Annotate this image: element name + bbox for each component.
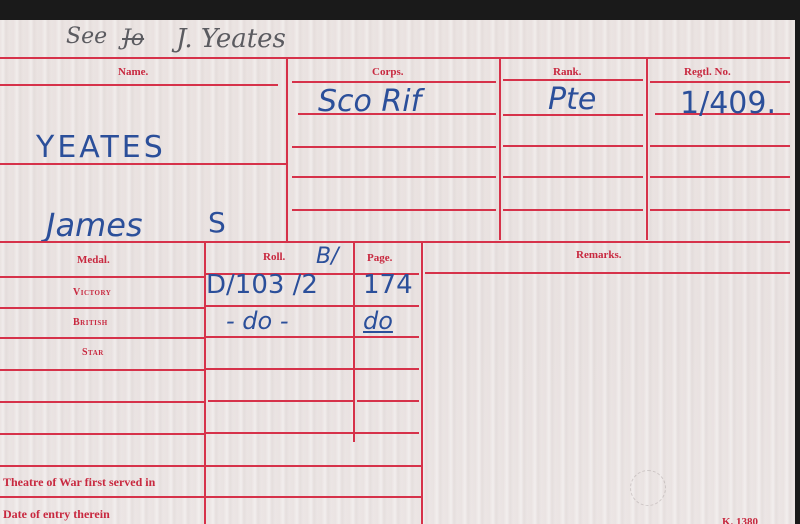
rule-theatre-top	[0, 465, 421, 467]
rule-roll-5	[208, 400, 353, 402]
rule-roll-6	[206, 432, 353, 434]
divider-roll-page	[353, 242, 355, 442]
remarks-header: Remarks.	[576, 249, 622, 261]
rule-regtl-5	[650, 209, 790, 211]
regtl-no-value: 1/409.	[680, 86, 776, 121]
faint-stamp-mark	[630, 470, 666, 506]
rule-remarks	[425, 272, 790, 274]
rule-roll-3	[206, 336, 353, 338]
rule-regtl-1	[650, 81, 790, 83]
roll-header: Roll.	[263, 251, 285, 263]
rule-page-6	[355, 432, 419, 434]
surname-value: YEATES	[36, 130, 166, 165]
page-header: Page.	[367, 252, 392, 264]
medal-british-label: British	[73, 317, 108, 328]
rule-mid	[0, 241, 790, 243]
rule-top	[0, 57, 790, 59]
victory-roll-value: D/103 /2	[206, 270, 318, 300]
rule-roll-4	[206, 368, 353, 370]
rule-rank-4	[503, 176, 643, 178]
rule-medal-4	[0, 369, 204, 371]
rule-medal-6	[0, 433, 204, 435]
victory-page-value: 174	[363, 270, 413, 300]
rank-value: Pte	[548, 82, 596, 117]
divider-name-corps	[286, 58, 288, 242]
corps-value: Sco Rif	[318, 84, 421, 119]
medal-victory-label: Victory	[73, 287, 111, 298]
divider-page-remarks	[421, 242, 423, 524]
british-page-value: do	[363, 307, 393, 335]
rule-page-5	[357, 400, 419, 402]
divider-rank-regtl	[646, 58, 648, 240]
rule-rank-3	[503, 145, 643, 147]
cross-reference-prefix: See	[66, 24, 107, 49]
initial-value: S	[208, 206, 226, 239]
rule-medal-2	[0, 307, 204, 309]
rule-medal-3	[0, 337, 204, 339]
corps-header: Corps.	[372, 66, 403, 78]
rule-page-4	[355, 368, 419, 370]
rule-corps-3	[292, 146, 496, 148]
rule-medal-5	[0, 401, 204, 403]
theatre-label: Theatre of War first served in	[3, 475, 155, 490]
rule-name	[0, 84, 278, 86]
medal-star-label: Star	[82, 347, 104, 358]
rule-corps-4	[292, 176, 496, 178]
victory-roll-fraction: B/	[316, 244, 339, 269]
date-entry-label: Date of entry therein	[3, 507, 110, 522]
rule-corps-5	[292, 209, 496, 211]
rule-regtl-4	[650, 176, 790, 178]
rank-header: Rank.	[553, 66, 581, 78]
cross-reference-name: J. Yeates	[176, 24, 286, 54]
medal-header: Medal.	[77, 254, 110, 266]
form-number: K. 1380	[722, 516, 758, 524]
medal-index-card: See Jo J. Yeates Name. Corps. Rank. Regt…	[0, 20, 795, 524]
british-roll-value: - do -	[226, 307, 289, 335]
rule-regtl-3	[650, 145, 790, 147]
rule-corps-1	[292, 81, 496, 83]
divider-corps-rank	[499, 58, 501, 240]
rule-theatre-bottom	[0, 496, 421, 498]
rule-medal-1	[0, 276, 204, 278]
forenames-value: James	[46, 206, 143, 244]
rule-page-3	[355, 336, 419, 338]
cross-reference-struck: Jo	[122, 26, 144, 51]
rule-rank-1	[503, 79, 643, 81]
name-header: Name.	[118, 66, 148, 78]
regtl-no-header: Regtl. No.	[684, 66, 731, 78]
rule-rank-5	[503, 209, 643, 211]
